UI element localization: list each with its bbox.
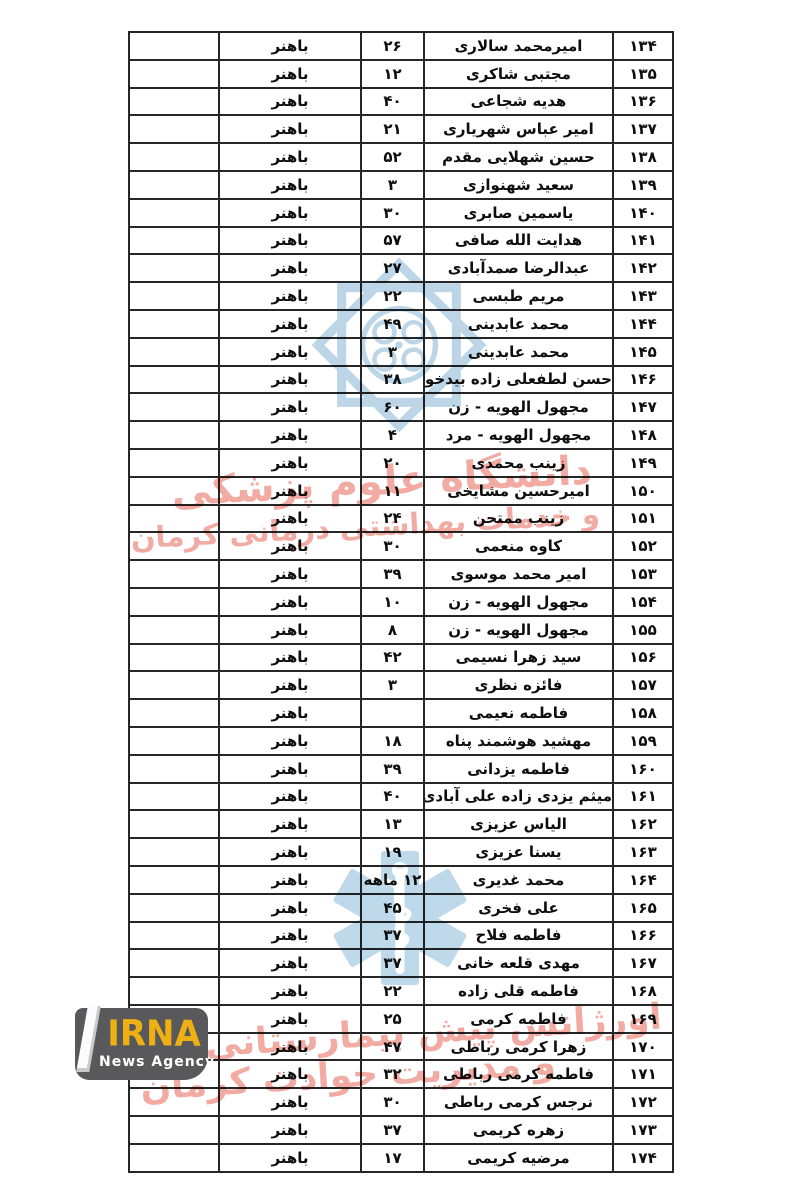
notes-cell	[129, 727, 219, 755]
table-row: ۱۶۳یسنا عزیزی۱۹باهنر	[129, 838, 673, 866]
row-number-cell: ۱۶۶	[613, 922, 673, 950]
age-cell: ۴۹	[361, 310, 424, 338]
row-number-cell: ۱۴۵	[613, 338, 673, 366]
name-cell: نرجس کرمی رباطی	[424, 1088, 613, 1116]
table-row: ۱۴۰یاسمین صابری۳۰باهنر	[129, 199, 673, 227]
row-number-cell: ۱۶۱	[613, 783, 673, 811]
name-cell: محمد غدیری	[424, 866, 613, 894]
age-cell: ۳	[361, 171, 424, 199]
hospital-cell: باهنر	[219, 560, 361, 588]
row-number-cell: ۱۶۰	[613, 755, 673, 783]
hospital-cell: باهنر	[219, 227, 361, 255]
name-cell: مهدی قلعه خانی	[424, 949, 613, 977]
name-cell: عبدالرضا صمدآبادی	[424, 254, 613, 282]
age-cell: ۱۹	[361, 838, 424, 866]
notes-cell	[129, 505, 219, 533]
row-number-cell: ۱۴۷	[613, 393, 673, 421]
table-row: ۱۳۹سعید شهنوازی۳باهنر	[129, 171, 673, 199]
age-cell: ۳۰	[361, 1088, 424, 1116]
table-row: ۱۴۷مجهول الهویه - زن۶۰باهنر	[129, 393, 673, 421]
name-cell: امیرمحمد سالاری	[424, 32, 613, 60]
row-number-cell: ۱۶۲	[613, 810, 673, 838]
name-cell: حسین شهلایی مقدم	[424, 143, 613, 171]
hospital-cell: باهنر	[219, 1060, 361, 1088]
notes-cell	[129, 532, 219, 560]
name-cell: مجهول الهویه - زن	[424, 616, 613, 644]
row-number-cell: ۱۴۹	[613, 449, 673, 477]
age-cell: ۲۰	[361, 449, 424, 477]
row-number-cell: ۱۳۸	[613, 143, 673, 171]
table-row: ۱۷۳زهره کریمی۳۷باهنر	[129, 1116, 673, 1144]
hospital-cell: باهنر	[219, 1005, 361, 1033]
row-number-cell: ۱۶۸	[613, 977, 673, 1005]
table-row: ۱۷۲نرجس کرمی رباطی۳۰باهنر	[129, 1088, 673, 1116]
hospital-cell: باهنر	[219, 922, 361, 950]
name-cell: یسنا عزیزی	[424, 838, 613, 866]
hospital-cell: باهنر	[219, 810, 361, 838]
table-row: ۱۴۸مجهول الهویه - مرد۴باهنر	[129, 421, 673, 449]
hospital-cell: باهنر	[219, 115, 361, 143]
victims-table: ۱۳۴امیرمحمد سالاری۲۶باهنر۱۳۵مجتبی شاکری۱…	[128, 31, 674, 1173]
table-row: ۱۵۹مهشید هوشمند پناه۱۸باهنر	[129, 727, 673, 755]
hospital-cell: باهنر	[219, 1088, 361, 1116]
notes-cell	[129, 560, 219, 588]
row-number-cell: ۱۵۱	[613, 505, 673, 533]
age-cell: ۱۳	[361, 810, 424, 838]
notes-cell	[129, 755, 219, 783]
hospital-cell: باهنر	[219, 671, 361, 699]
name-cell: فائزه نظری	[424, 671, 613, 699]
notes-cell	[129, 1144, 219, 1172]
notes-cell	[129, 421, 219, 449]
hospital-cell: باهنر	[219, 505, 361, 533]
row-number-cell: ۱۵۴	[613, 588, 673, 616]
table-row: ۱۵۶سید زهرا نسیمی۴۲باهنر	[129, 644, 673, 672]
name-cell: مجهول الهویه - زن	[424, 393, 613, 421]
hospital-cell: باهنر	[219, 866, 361, 894]
hospital-cell: باهنر	[219, 783, 361, 811]
table-row: ۱۴۲عبدالرضا صمدآبادی۲۷باهنر	[129, 254, 673, 282]
hospital-cell: باهنر	[219, 449, 361, 477]
age-cell: ۱۷	[361, 1144, 424, 1172]
name-cell: مجتبی شاکری	[424, 60, 613, 88]
row-number-cell: ۱۷۰	[613, 1033, 673, 1061]
row-number-cell: ۱۵۵	[613, 616, 673, 644]
row-number-cell: ۱۷۲	[613, 1088, 673, 1116]
notes-cell	[129, 810, 219, 838]
age-cell: ۳۷	[361, 922, 424, 950]
row-number-cell: ۱۴۳	[613, 282, 673, 310]
table-row: ۱۵۵مجهول الهویه - زن۸باهنر	[129, 616, 673, 644]
notes-cell	[129, 115, 219, 143]
name-cell: کاوه منعمی	[424, 532, 613, 560]
age-cell	[361, 699, 424, 727]
notes-cell	[129, 1088, 219, 1116]
age-cell: ۱۰	[361, 588, 424, 616]
hospital-cell: باهنر	[219, 588, 361, 616]
table-row: ۱۳۶هدیه شجاعی۴۰باهنر	[129, 88, 673, 116]
hospital-cell: باهنر	[219, 894, 361, 922]
age-cell: ۱۸	[361, 727, 424, 755]
table-row: ۱۶۸فاطمه قلی زاده۲۲باهنر	[129, 977, 673, 1005]
table-row: ۱۵۴مجهول الهویه - زن۱۰باهنر	[129, 588, 673, 616]
name-cell: علی فخری	[424, 894, 613, 922]
row-number-cell: ۱۴۸	[613, 421, 673, 449]
name-cell: زینب ممتحن	[424, 505, 613, 533]
notes-cell	[129, 393, 219, 421]
hospital-cell: باهنر	[219, 644, 361, 672]
table-row: ۱۶۱میثم یزدی زاده علی آبادی۴۰باهنر	[129, 783, 673, 811]
name-cell: سید زهرا نسیمی	[424, 644, 613, 672]
notes-cell	[129, 922, 219, 950]
row-number-cell: ۱۳۴	[613, 32, 673, 60]
age-cell: ۱۱	[361, 477, 424, 505]
age-cell: ۳۹	[361, 560, 424, 588]
row-number-cell: ۱۷۱	[613, 1060, 673, 1088]
notes-cell	[129, 866, 219, 894]
name-cell: زهره کریمی	[424, 1116, 613, 1144]
table-row: ۱۵۱زینب ممتحن۲۴باهنر	[129, 505, 673, 533]
name-cell: سعید شهنوازی	[424, 171, 613, 199]
irna-logo-subtitle: News Agency	[99, 1054, 203, 1070]
row-number-cell: ۱۳۵	[613, 60, 673, 88]
age-cell: ۴۲	[361, 644, 424, 672]
age-cell: ۳۲	[361, 1060, 424, 1088]
age-cell: ۴	[361, 421, 424, 449]
hospital-cell: باهنر	[219, 1144, 361, 1172]
hospital-cell: باهنر	[219, 199, 361, 227]
table-row: ۱۳۴امیرمحمد سالاری۲۶باهنر	[129, 32, 673, 60]
row-number-cell: ۱۴۶	[613, 366, 673, 394]
notes-cell	[129, 254, 219, 282]
hospital-cell: باهنر	[219, 310, 361, 338]
row-number-cell: ۱۴۱	[613, 227, 673, 255]
notes-cell	[129, 171, 219, 199]
notes-cell	[129, 88, 219, 116]
name-cell: هدایت الله صافی	[424, 227, 613, 255]
name-cell: فاطمه کرمی	[424, 1005, 613, 1033]
row-number-cell: ۱۴۰	[613, 199, 673, 227]
row-number-cell: ۱۵۲	[613, 532, 673, 560]
row-number-cell: ۱۵۳	[613, 560, 673, 588]
hospital-cell: باهنر	[219, 977, 361, 1005]
notes-cell	[129, 699, 219, 727]
name-cell: محمد عابدینی	[424, 338, 613, 366]
name-cell: فاطمه یزدانی	[424, 755, 613, 783]
row-number-cell: ۱۶۵	[613, 894, 673, 922]
notes-cell	[129, 671, 219, 699]
name-cell: زینب محمدی	[424, 449, 613, 477]
row-number-cell: ۱۳۷	[613, 115, 673, 143]
hospital-cell: باهنر	[219, 171, 361, 199]
notes-cell	[129, 199, 219, 227]
notes-cell	[129, 60, 219, 88]
row-number-cell: ۱۳۶	[613, 88, 673, 116]
age-cell: ۲۷	[361, 254, 424, 282]
hospital-cell: باهنر	[219, 60, 361, 88]
age-cell: ۳۰	[361, 199, 424, 227]
hospital-cell: باهنر	[219, 393, 361, 421]
age-cell: ۸	[361, 616, 424, 644]
row-number-cell: ۱۵۶	[613, 644, 673, 672]
hospital-cell: باهنر	[219, 838, 361, 866]
notes-cell	[129, 588, 219, 616]
name-cell: فاطمه نعیمی	[424, 699, 613, 727]
hospital-cell: باهنر	[219, 88, 361, 116]
notes-cell	[129, 477, 219, 505]
age-cell: ۴۷	[361, 1033, 424, 1061]
row-number-cell: ۱۶۹	[613, 1005, 673, 1033]
hospital-cell: باهنر	[219, 32, 361, 60]
hospital-cell: باهنر	[219, 616, 361, 644]
row-number-cell: ۱۵۹	[613, 727, 673, 755]
row-number-cell: ۱۵۸	[613, 699, 673, 727]
hospital-cell: باهنر	[219, 143, 361, 171]
age-cell: ۳۷	[361, 1116, 424, 1144]
notes-cell	[129, 949, 219, 977]
table-row: ۱۴۹زینب محمدی۲۰باهنر	[129, 449, 673, 477]
hospital-cell: باهنر	[219, 282, 361, 310]
table-row: ۱۴۴محمد عابدینی۴۹باهنر	[129, 310, 673, 338]
hospital-cell: باهنر	[219, 338, 361, 366]
table-row: ۱۴۱هدایت الله صافی۵۷باهنر	[129, 227, 673, 255]
name-cell: مجهول الهویه - زن	[424, 588, 613, 616]
name-cell: امیرحسین مشایخی	[424, 477, 613, 505]
notes-cell	[129, 894, 219, 922]
age-cell: ۲۲	[361, 282, 424, 310]
notes-cell	[129, 449, 219, 477]
age-cell: ۴۰	[361, 88, 424, 116]
row-number-cell: ۱۴۴	[613, 310, 673, 338]
hospital-cell: باهنر	[219, 1116, 361, 1144]
age-cell: ۳	[361, 338, 424, 366]
age-cell: ۴۰	[361, 783, 424, 811]
notes-cell	[129, 783, 219, 811]
notes-cell	[129, 644, 219, 672]
notes-cell	[129, 32, 219, 60]
age-cell: ۳	[361, 671, 424, 699]
age-cell: ۳۸	[361, 366, 424, 394]
name-cell: محمد عابدینی	[424, 310, 613, 338]
age-cell: ۱۲ ماهه	[361, 866, 424, 894]
hospital-cell: باهنر	[219, 477, 361, 505]
table-row: ۱۶۲الیاس عزیزی۱۳باهنر	[129, 810, 673, 838]
name-cell: حسن لطفعلی زاده بیدخوانی	[424, 366, 613, 394]
age-cell: ۲۴	[361, 505, 424, 533]
row-number-cell: ۱۷۳	[613, 1116, 673, 1144]
hospital-cell: باهنر	[219, 699, 361, 727]
table-row: ۱۶۶فاطمه فلاح۳۷باهنر	[129, 922, 673, 950]
notes-cell	[129, 227, 219, 255]
table-row: ۱۷۴مرضیه کریمی۱۷باهنر	[129, 1144, 673, 1172]
hospital-cell: باهنر	[219, 727, 361, 755]
name-cell: مجهول الهویه - مرد	[424, 421, 613, 449]
name-cell: فاطمه قلی زاده	[424, 977, 613, 1005]
row-number-cell: ۱۵۰	[613, 477, 673, 505]
age-cell: ۵۲	[361, 143, 424, 171]
hospital-cell: باهنر	[219, 421, 361, 449]
name-cell: زهرا کرمی رباطی	[424, 1033, 613, 1061]
notes-cell	[129, 310, 219, 338]
name-cell: فاطمه کرمی رباطی	[424, 1060, 613, 1088]
notes-cell	[129, 977, 219, 1005]
age-cell: ۳۹	[361, 755, 424, 783]
age-cell: ۲۲	[361, 977, 424, 1005]
age-cell: ۳۷	[361, 949, 424, 977]
irna-logo: IRNA News Agency	[75, 1008, 208, 1080]
notes-cell	[129, 338, 219, 366]
table-row: ۱۵۳امیر محمد موسوی۳۹باهنر	[129, 560, 673, 588]
age-cell: ۲۶	[361, 32, 424, 60]
table-row: ۱۶۴محمد غدیری۱۲ ماههباهنر	[129, 866, 673, 894]
name-cell: مرضیه کریمی	[424, 1144, 613, 1172]
age-cell: ۶۰	[361, 393, 424, 421]
row-number-cell: ۱۳۹	[613, 171, 673, 199]
table-row: ۱۵۲کاوه منعمی۳۰باهنر	[129, 532, 673, 560]
name-cell: میثم یزدی زاده علی آبادی	[424, 783, 613, 811]
age-cell: ۴۵	[361, 894, 424, 922]
name-cell: امیر محمد موسوی	[424, 560, 613, 588]
victims-table-body: ۱۳۴امیرمحمد سالاری۲۶باهنر۱۳۵مجتبی شاکری۱…	[129, 32, 673, 1172]
row-number-cell: ۱۵۷	[613, 671, 673, 699]
hospital-cell: باهنر	[219, 532, 361, 560]
name-cell: مریم طبسی	[424, 282, 613, 310]
table-row: ۱۳۵مجتبی شاکری۱۲باهنر	[129, 60, 673, 88]
notes-cell	[129, 1116, 219, 1144]
table-row: ۱۶۷مهدی قلعه خانی۳۷باهنر	[129, 949, 673, 977]
table-row: ۱۶۹فاطمه کرمی۲۵باهنر	[129, 1005, 673, 1033]
row-number-cell: ۱۴۲	[613, 254, 673, 282]
age-cell: ۲۱	[361, 115, 424, 143]
name-cell: یاسمین صابری	[424, 199, 613, 227]
name-cell: مهشید هوشمند پناه	[424, 727, 613, 755]
row-number-cell: ۱۷۴	[613, 1144, 673, 1172]
notes-cell	[129, 366, 219, 394]
hospital-cell: باهنر	[219, 949, 361, 977]
notes-cell	[129, 282, 219, 310]
name-cell: فاطمه فلاح	[424, 922, 613, 950]
table-row: ۱۳۸حسین شهلایی مقدم۵۲باهنر	[129, 143, 673, 171]
name-cell: الیاس عزیزی	[424, 810, 613, 838]
table-row: ۱۴۳مریم طبسی۲۲باهنر	[129, 282, 673, 310]
hospital-cell: باهنر	[219, 1033, 361, 1061]
hospital-cell: باهنر	[219, 366, 361, 394]
table-row: ۱۶۵علی فخری۴۵باهنر	[129, 894, 673, 922]
table-row: ۱۵۸فاطمه نعیمیباهنر	[129, 699, 673, 727]
table-row: ۱۶۰فاطمه یزدانی۳۹باهنر	[129, 755, 673, 783]
hospital-cell: باهنر	[219, 254, 361, 282]
name-cell: هدیه شجاعی	[424, 88, 613, 116]
age-cell: ۱۲	[361, 60, 424, 88]
table-row: ۱۵۰امیرحسین مشایخی۱۱باهنر	[129, 477, 673, 505]
age-cell: ۲۵	[361, 1005, 424, 1033]
notes-cell	[129, 616, 219, 644]
notes-cell	[129, 143, 219, 171]
page-root: ۱۳۴امیرمحمد سالاری۲۶باهنر۱۳۵مجتبی شاکری۱…	[0, 0, 800, 1200]
notes-cell	[129, 838, 219, 866]
table-row: ۱۳۷امیر عباس شهریاری۲۱باهنر	[129, 115, 673, 143]
row-number-cell: ۱۶۴	[613, 866, 673, 894]
table-row: ۱۴۶حسن لطفعلی زاده بیدخوانی۳۸باهنر	[129, 366, 673, 394]
age-cell: ۳۰	[361, 532, 424, 560]
table-row: ۱۴۵محمد عابدینی۳باهنر	[129, 338, 673, 366]
age-cell: ۵۷	[361, 227, 424, 255]
irna-logo-title: IRNA	[106, 1013, 202, 1055]
table-row: ۱۵۷فائزه نظری۳باهنر	[129, 671, 673, 699]
row-number-cell: ۱۶۷	[613, 949, 673, 977]
name-cell: امیر عباس شهریاری	[424, 115, 613, 143]
row-number-cell: ۱۶۳	[613, 838, 673, 866]
hospital-cell: باهنر	[219, 755, 361, 783]
